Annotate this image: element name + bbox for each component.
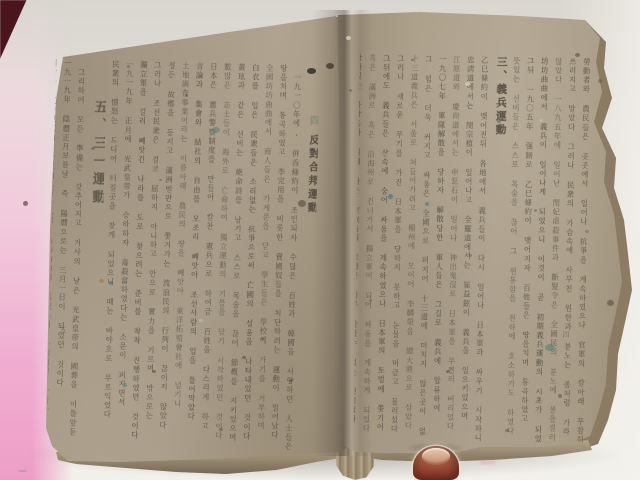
- paper-stain: [349, 89, 352, 92]
- text-column: 쓰러지고 말았다 그러나 民衆의 가슴속에 사무친 원한과 분노는 좀처럼 가라…: [562, 50, 578, 446]
- text-column: 忠淸道에서는 閔宗植이 일어나고 全羅道에서는 崔益鉉이 義兵을 일으키었으며: [460, 48, 476, 444]
- paper-stain: [505, 429, 509, 432]
- text-column: 그러나 새로운 무기를 가진 日本軍을 당하지 못하고 눈물을 머금고 물러섰다: [390, 47, 406, 443]
- paper-stain: [598, 79, 602, 83]
- paper-stain: [497, 120, 501, 123]
- paper-stain: [369, 299, 372, 302]
- paper-stain: [545, 344, 555, 351]
- text-column: 江原道와 慶尙道에서는 申乭石이 일어나 神出鬼沒로 日本軍을 무찔러 버리었다: [446, 48, 462, 444]
- text-column: 혹은 滿洲로 혹은 沿海州로 건너가서 獨立軍이 되어 싸움을 계속하게 되었다: [362, 46, 378, 442]
- paper-stain: [411, 59, 414, 61]
- text-column: 十三道義兵은 서울로 쳐들어가려고 楊州에 모이어 李麟榮을 總大將으로 삼았다: [404, 47, 420, 443]
- paper-stain: [585, 230, 589, 233]
- paper-stain: [446, 370, 450, 373]
- paper-stain: [109, 281, 113, 285]
- paper-stain: [575, 53, 580, 57]
- paper-stain: [18, 470, 27, 472]
- text-column: 一九〇七年 軍隊解散을 당하자 解散당한 軍人들은 그길로 義兵에 합류하여: [432, 47, 448, 443]
- section-number-4: 四: [307, 115, 318, 129]
- fingernail: [422, 448, 450, 465]
- paper-stain: [388, 194, 393, 199]
- pink-smudge: [480, 461, 496, 464]
- paper-stain: [607, 300, 614, 306]
- paper-stain: [152, 370, 156, 373]
- paper-stain: [159, 179, 162, 181]
- paper-stain: [289, 379, 293, 382]
- left-page-number: 五: [58, 326, 68, 333]
- paper-stain: [465, 82, 470, 86]
- text-column: 뜻있는 선비들은 스스로 목숨을 끊어 그 원통함을 천하에 호소하기도 하였다: [506, 49, 522, 445]
- paper-stain: [425, 202, 429, 206]
- left-page-text: 四反對合邦運動 一九一〇年에, 倂呑條約이 조인되자 수많은 百姓과 韓國을 사…: [46, 55, 319, 453]
- text-column: 乙巳條約이 맺어진뒤 各地에서 義兵들이 다시 일어나 日本軍과 싸우기 시작하…: [474, 48, 490, 444]
- paper-stain: [469, 254, 472, 257]
- heading-uibyeong-undong: 三、義兵運動: [488, 48, 508, 444]
- paper-stain: [212, 127, 220, 133]
- paper-stain: [99, 279, 104, 283]
- paper-stain: [199, 319, 203, 322]
- paper-stain: [185, 94, 188, 97]
- paper-stain: [298, 200, 306, 207]
- text-column: 않았다 一八九五年에 일어난 閔妃虐殺事件과 斷髮令은 全國民의 분노에 불을질…: [548, 49, 564, 445]
- paper-stain: [346, 36, 351, 40]
- paper-stain: [123, 383, 127, 387]
- paper-stain: [91, 147, 95, 150]
- paper-stain: [534, 209, 537, 212]
- paper-stain: [261, 337, 264, 340]
- paper-stain: [558, 394, 562, 398]
- paper-stain: [219, 428, 223, 431]
- text-column: 그뒤에도 義兵들은 산속에 숨어 싸움을 계속하였으나 日本軍의 토벌에 쫓기어: [376, 46, 392, 442]
- paper-stain: [23, 201, 28, 206]
- paper-stain: [539, 119, 543, 122]
- text-column: 坊坊曲曲에서 義兵이 일어나게 되었으니 이것이 곧 初期義兵運動의 시초가 되…: [534, 49, 550, 445]
- photo-of-old-book: 勞動者와 農民들은 곳곳에서 일어나 抗爭을 계속하였으나 官軍의 칼아래 무참…: [0, 0, 640, 480]
- paper-stain: [307, 68, 316, 74]
- right-page-text: 勞動者와 農民들은 곳곳에서 일어나 抗爭을 계속하였으나 官軍의 칼아래 무참…: [353, 46, 592, 446]
- paper-stain: [127, 65, 130, 68]
- text-column: 그뒤 一九〇五年 强制로 乙巳條約이 맺어지자 百姓들은 땅을치며 통곡하였고: [520, 49, 536, 445]
- right-page-number: 四: [561, 331, 571, 338]
- paper-stain: [326, 63, 334, 69]
- paper-stain: [242, 356, 246, 359]
- text-column: 그 힘은 더욱 커지고 싸움은 全國으로 퍼지어 十三道에 미치지 않은곳이 없…: [418, 47, 434, 443]
